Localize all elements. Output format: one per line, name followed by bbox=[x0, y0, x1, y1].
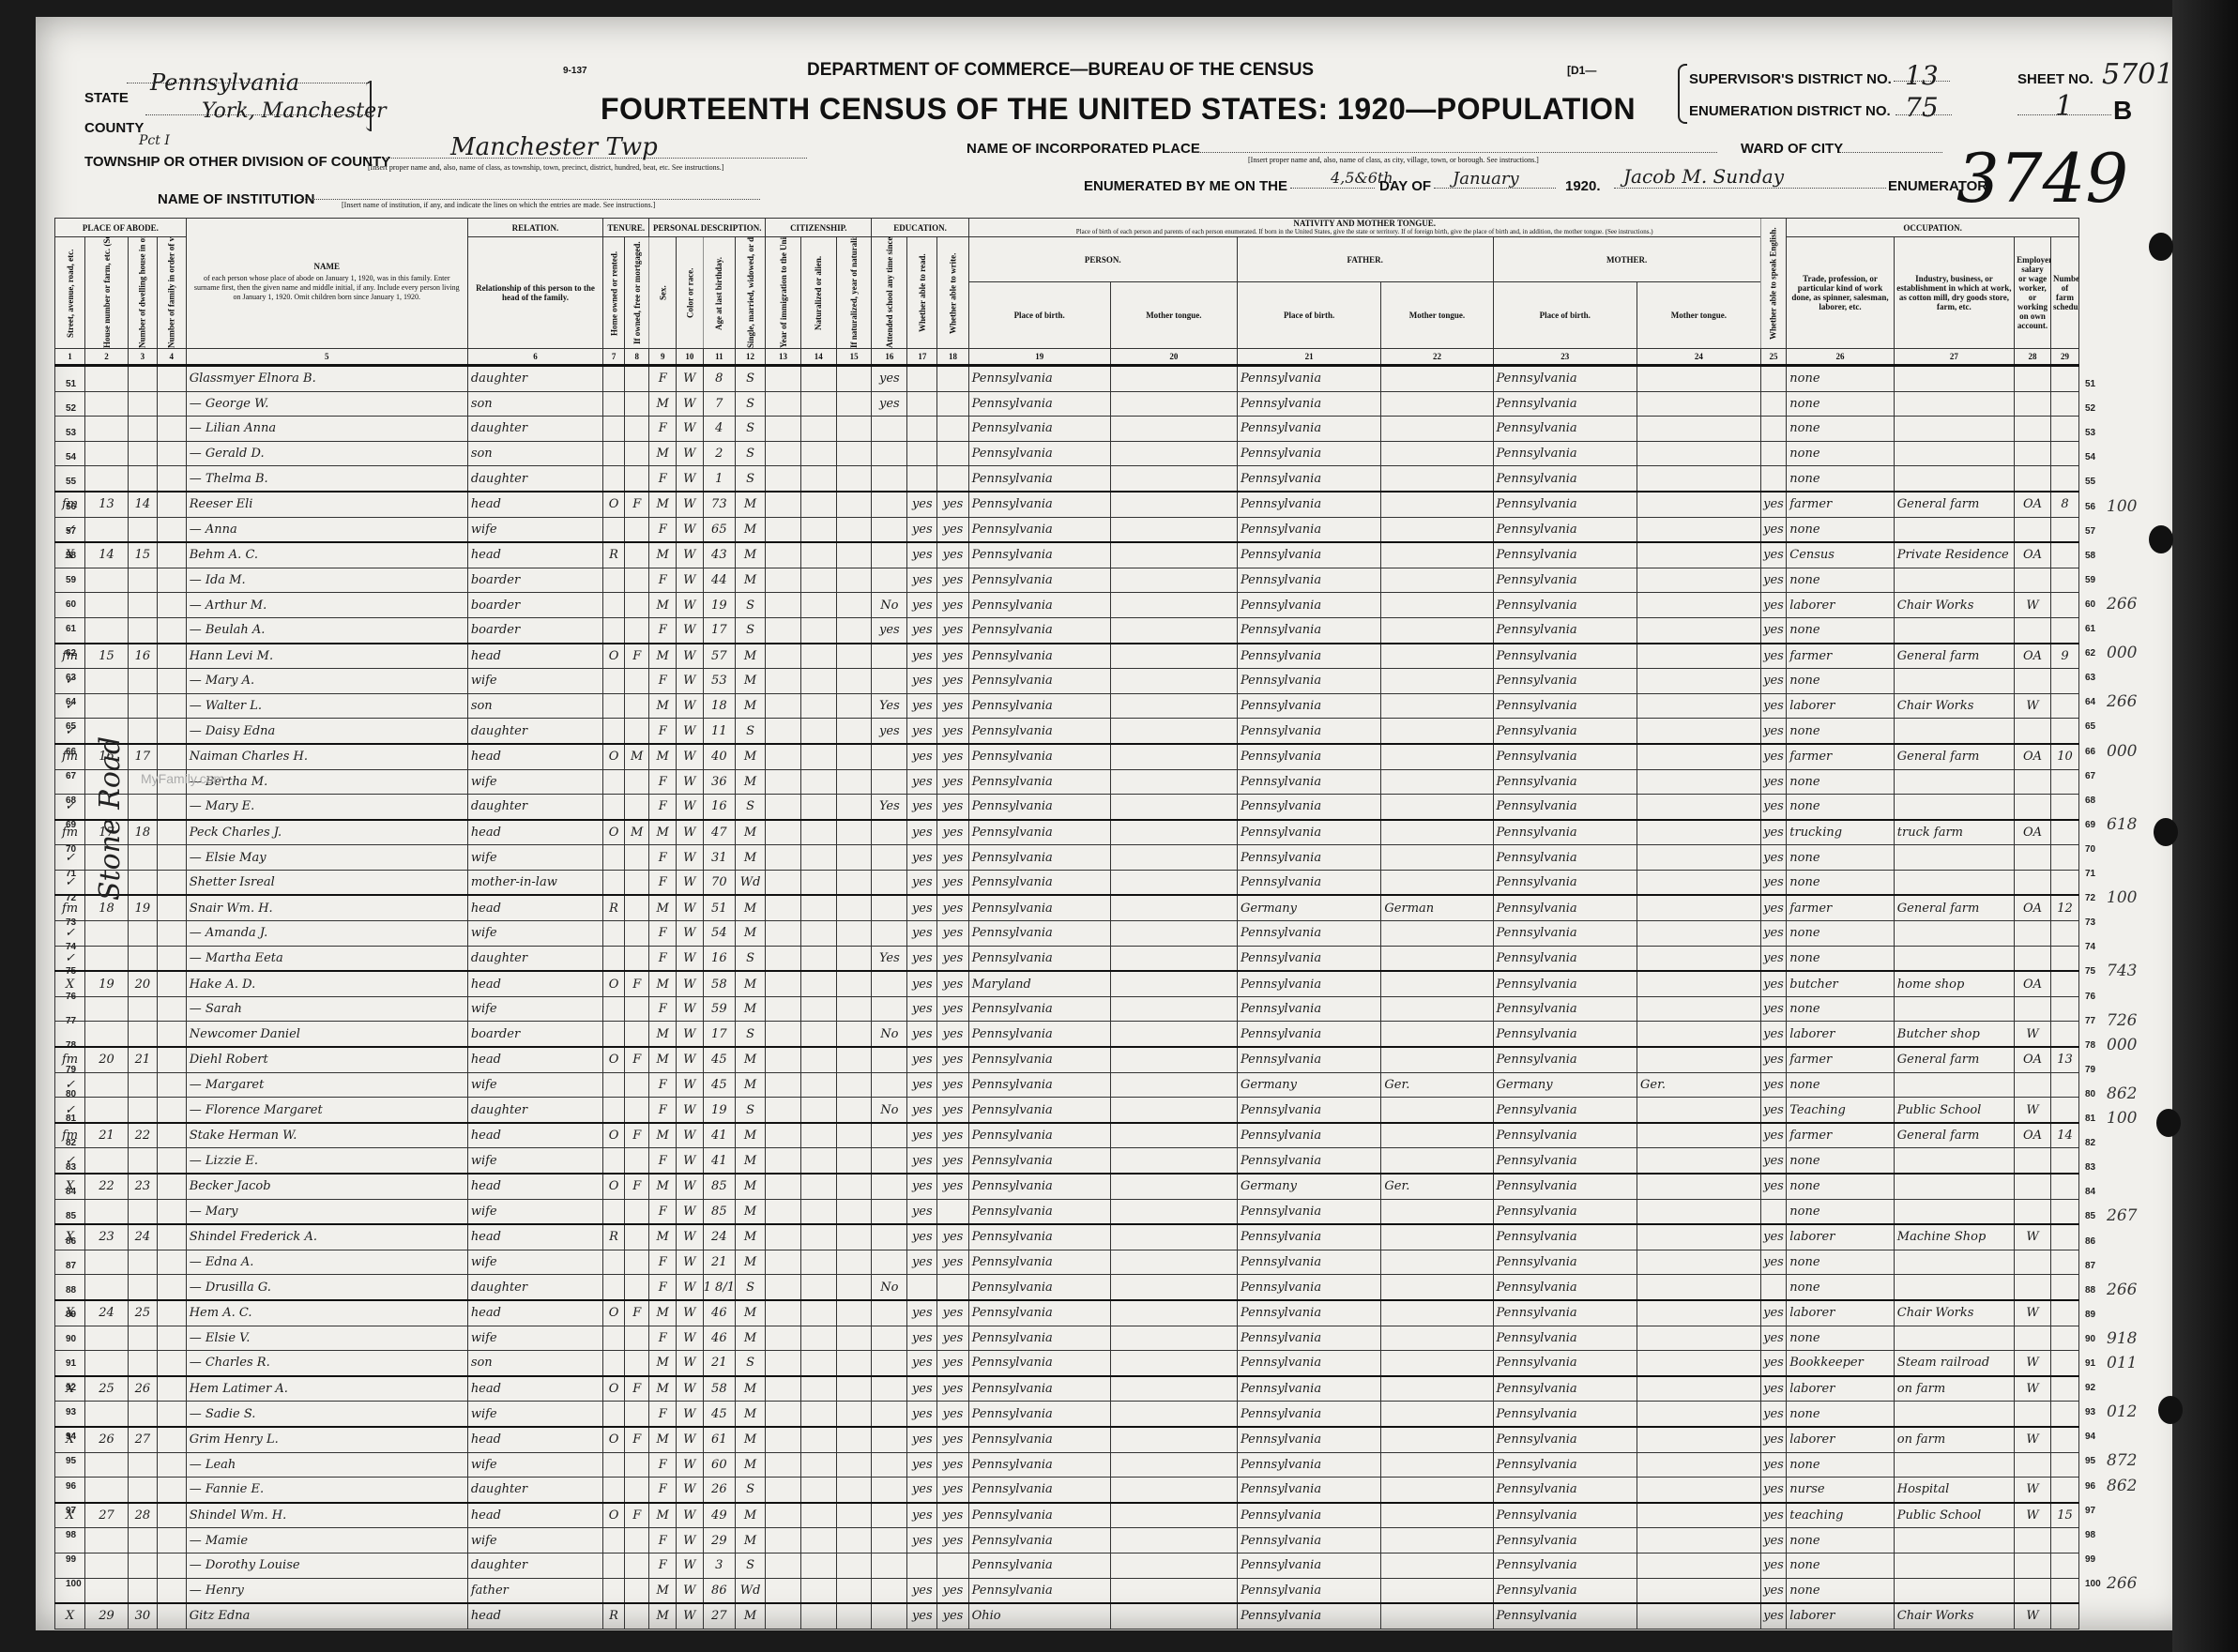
table-row: — Elsie V.wifeFW46MyesyesPennsylvaniaPen… bbox=[55, 1326, 2079, 1351]
cell-mort bbox=[625, 517, 649, 542]
cell-family bbox=[157, 1072, 186, 1098]
cell-industry bbox=[1894, 669, 2014, 694]
table-row: X2223Becker JacobheadOFMW85MyesyesPennsy… bbox=[55, 1174, 2079, 1199]
column-number-5: 5 bbox=[186, 349, 467, 366]
cell-read: yes bbox=[907, 795, 937, 820]
cell-race: W bbox=[677, 1326, 704, 1351]
cell-tongue bbox=[1110, 921, 1237, 947]
cell-industry bbox=[1894, 617, 2014, 643]
department-heading: DEPARTMENT OF COMMERCE—BUREAU OF THE CEN… bbox=[807, 60, 1314, 81]
cell-trade: none bbox=[1787, 769, 1895, 795]
cell-employ: W bbox=[2015, 1300, 2051, 1326]
cell-farm bbox=[2051, 1553, 2079, 1578]
cell-relation: wife bbox=[467, 517, 602, 542]
cell-birth: Pennsylvania bbox=[968, 845, 1110, 871]
cell-street bbox=[55, 1351, 85, 1376]
cell-mort bbox=[625, 1148, 649, 1174]
cell-sex: F bbox=[649, 1199, 677, 1224]
cell-relation: head bbox=[467, 1503, 602, 1528]
cell-street: ✓ bbox=[55, 669, 85, 694]
cell-industry bbox=[1894, 946, 2014, 971]
cell-industry bbox=[1894, 1250, 2014, 1275]
line-number: 79 bbox=[2085, 1065, 2095, 1075]
supervisor-district-value: 13 bbox=[1905, 60, 1939, 91]
cell-mort bbox=[625, 895, 649, 920]
cell-marital: M bbox=[736, 895, 766, 920]
cell-dwelling bbox=[128, 593, 157, 618]
cell-english: yes bbox=[1760, 1224, 1786, 1250]
cell-mort bbox=[625, 1275, 649, 1300]
cell-house: 23 bbox=[85, 1224, 129, 1250]
cell-marital: M bbox=[736, 921, 766, 947]
cell-employ: OA bbox=[2015, 1047, 2051, 1072]
cell-farm: 15 bbox=[2051, 1503, 2079, 1528]
cell-employ bbox=[2015, 719, 2051, 744]
cell-relation: wife bbox=[467, 769, 602, 795]
cell-dwelling: 27 bbox=[128, 1427, 157, 1452]
cell-marital: M bbox=[736, 542, 766, 568]
col-29-header: Number of farm schedule. bbox=[2051, 237, 2079, 349]
cell-house: 19 bbox=[85, 971, 129, 996]
township-value: Manchester Twp bbox=[450, 133, 658, 161]
table-row: X1415Behm A. C.headRMW43MyesyesPennsylva… bbox=[55, 542, 2079, 568]
township-note: Pct I bbox=[139, 133, 170, 148]
nativity-description: Place of birth of each person and parent… bbox=[969, 228, 1760, 236]
cell-nat bbox=[800, 669, 836, 694]
cell-employ: OA bbox=[2015, 644, 2051, 669]
cell-industry: Private Residence bbox=[1894, 542, 2014, 568]
cell-house bbox=[85, 568, 129, 593]
cell-family bbox=[157, 1199, 186, 1224]
cell-natyr bbox=[836, 1478, 872, 1503]
line-number: 81 bbox=[2085, 1114, 2095, 1124]
cell-farm bbox=[2051, 391, 2079, 417]
cell-street: ✓ bbox=[55, 795, 85, 820]
cell-ftongue bbox=[1381, 946, 1493, 971]
cell-farm bbox=[2051, 1578, 2079, 1603]
cell-english: yes bbox=[1760, 996, 1786, 1022]
cell-mtongue bbox=[1637, 669, 1760, 694]
cell-fbirth: Pennsylvania bbox=[1237, 769, 1380, 795]
supervisor-district-label: SUPERVISOR'S DISTRICT NO. bbox=[1689, 71, 1892, 87]
cell-mtongue bbox=[1637, 1402, 1760, 1427]
cell-employ: W bbox=[2015, 1603, 2051, 1629]
cell-farm bbox=[2051, 996, 2079, 1022]
cell-tongue bbox=[1110, 1351, 1237, 1376]
cell-relation: boarder bbox=[467, 568, 602, 593]
column-number-8: 8 bbox=[625, 349, 649, 366]
cell-english: yes bbox=[1760, 1603, 1786, 1629]
cell-read: yes bbox=[907, 870, 937, 895]
cell-street bbox=[55, 366, 85, 392]
cell-read: yes bbox=[907, 1123, 937, 1148]
cell-mbirth: Pennsylvania bbox=[1493, 1578, 1637, 1603]
cell-read: yes bbox=[907, 820, 937, 845]
cell-street: ✓ bbox=[55, 1148, 85, 1174]
cell-house: 26 bbox=[85, 1427, 129, 1452]
cell-dwelling bbox=[128, 1351, 157, 1376]
cell-trade: laborer bbox=[1787, 1603, 1895, 1629]
occupation-code: 000 bbox=[2107, 1036, 2137, 1054]
cell-tongue bbox=[1110, 1174, 1237, 1199]
cell-street: fm bbox=[55, 1047, 85, 1072]
cell-age: 41 bbox=[703, 1123, 735, 1148]
line-number: 70 bbox=[2085, 844, 2095, 855]
cell-tongue bbox=[1110, 644, 1237, 669]
cell-nat bbox=[800, 517, 836, 542]
cell-name: — Anna bbox=[186, 517, 467, 542]
cell-ftongue bbox=[1381, 466, 1493, 492]
cell-marital: S bbox=[736, 391, 766, 417]
cell-english: yes bbox=[1760, 1022, 1786, 1047]
cell-tongue bbox=[1110, 845, 1237, 871]
line-number: 91 bbox=[2085, 1358, 2095, 1369]
cell-street: fm bbox=[55, 492, 85, 517]
cell-house bbox=[85, 1402, 129, 1427]
cell-write bbox=[937, 441, 968, 466]
cell-farm bbox=[2051, 769, 2079, 795]
incorporated-place-label: NAME OF INCORPORATED PLACE bbox=[967, 141, 1200, 157]
cell-employ bbox=[2015, 769, 2051, 795]
cell-relation: wife bbox=[467, 921, 602, 947]
column-number-12: 12 bbox=[736, 349, 766, 366]
cell-age: 54 bbox=[703, 921, 735, 947]
cell-school bbox=[872, 466, 907, 492]
cell-english: yes bbox=[1760, 1047, 1786, 1072]
cell-race: W bbox=[677, 1376, 704, 1402]
cell-farm bbox=[2051, 1351, 2079, 1376]
cell-imm bbox=[766, 1250, 801, 1275]
cell-imm bbox=[766, 568, 801, 593]
cell-nat bbox=[800, 568, 836, 593]
cell-farm bbox=[2051, 1300, 2079, 1326]
col-23-header: Place of birth. bbox=[1493, 282, 1637, 349]
cell-tongue bbox=[1110, 870, 1237, 895]
cell-marital: M bbox=[736, 644, 766, 669]
cell-house bbox=[85, 1275, 129, 1300]
cell-relation: daughter bbox=[467, 1553, 602, 1578]
cell-race: W bbox=[677, 795, 704, 820]
table-row: — Dorothy LouisedaughterFW3SPennsylvania… bbox=[55, 1553, 2079, 1578]
cell-marital: S bbox=[736, 719, 766, 744]
cell-name: Shetter Isreal bbox=[186, 870, 467, 895]
cell-nat bbox=[800, 1098, 836, 1123]
cell-read: yes bbox=[907, 1376, 937, 1402]
cell-tongue bbox=[1110, 1427, 1237, 1452]
cell-marital: S bbox=[736, 795, 766, 820]
cell-farm bbox=[2051, 669, 2079, 694]
cell-write bbox=[937, 466, 968, 492]
cell-family bbox=[157, 1224, 186, 1250]
col-7-header: Home owned or rented. bbox=[603, 237, 625, 349]
line-number: 52 bbox=[2085, 403, 2095, 414]
cell-employ bbox=[2015, 1452, 2051, 1478]
cell-employ bbox=[2015, 1072, 2051, 1098]
cell-nat bbox=[800, 971, 836, 996]
table-row: ✓— AnnawifeFW65MyesyesPennsylvaniaPennsy… bbox=[55, 517, 2079, 542]
cell-tongue bbox=[1110, 946, 1237, 971]
cell-employ bbox=[2015, 517, 2051, 542]
cell-nat bbox=[800, 441, 836, 466]
column-number-11: 11 bbox=[703, 349, 735, 366]
cell-street bbox=[55, 1578, 85, 1603]
cell-trade: none bbox=[1787, 1250, 1895, 1275]
cell-fbirth: Pennsylvania bbox=[1237, 1351, 1380, 1376]
cell-house: 13 bbox=[85, 492, 129, 517]
cell-fbirth: Pennsylvania bbox=[1237, 1148, 1380, 1174]
cell-relation: wife bbox=[467, 1402, 602, 1427]
col-27-header: Industry, business, or establishment in … bbox=[1894, 237, 2014, 349]
cell-read: yes bbox=[907, 1326, 937, 1351]
cell-mbirth: Pennsylvania bbox=[1493, 1047, 1637, 1072]
cell-birth: Pennsylvania bbox=[968, 568, 1110, 593]
cell-nat bbox=[800, 1578, 836, 1603]
table-row: — Arthur M.boarderMW19SNoyesyesPennsylva… bbox=[55, 593, 2079, 618]
table-row: ✓— Elsie MaywifeFW31MyesyesPennsylvaniaP… bbox=[55, 845, 2079, 871]
cell-house bbox=[85, 1326, 129, 1351]
cell-fbirth: Pennsylvania bbox=[1237, 1376, 1380, 1402]
cell-relation: head bbox=[467, 1427, 602, 1452]
cell-nat bbox=[800, 542, 836, 568]
cell-mort bbox=[625, 845, 649, 871]
cell-age: 17 bbox=[703, 617, 735, 643]
cell-trade: none bbox=[1787, 1275, 1895, 1300]
cell-imm bbox=[766, 492, 801, 517]
table-row: — George W.sonMW7SyesPennsylvaniaPennsyl… bbox=[55, 391, 2079, 417]
cell-sex: M bbox=[649, 1174, 677, 1199]
cell-imm bbox=[766, 441, 801, 466]
cell-employ bbox=[2015, 568, 2051, 593]
cell-english: yes bbox=[1760, 820, 1786, 845]
cell-family bbox=[157, 366, 186, 392]
cell-birth: Pennsylvania bbox=[968, 1224, 1110, 1250]
cell-dwelling bbox=[128, 466, 157, 492]
cell-industry bbox=[1894, 1402, 2014, 1427]
cell-marital: S bbox=[736, 593, 766, 618]
cell-ftongue bbox=[1381, 795, 1493, 820]
cell-name: Naiman Charles H. bbox=[186, 744, 467, 769]
cell-fbirth: Pennsylvania bbox=[1237, 1047, 1380, 1072]
cell-farm bbox=[2051, 971, 2079, 996]
cell-birth: Pennsylvania bbox=[968, 1199, 1110, 1224]
cell-own bbox=[603, 617, 625, 643]
cell-imm bbox=[766, 1300, 801, 1326]
cell-nat bbox=[800, 1224, 836, 1250]
cell-industry bbox=[1894, 417, 2014, 442]
cell-trade: butcher bbox=[1787, 971, 1895, 996]
cell-birth: Pennsylvania bbox=[968, 593, 1110, 618]
cell-write: yes bbox=[937, 517, 968, 542]
cell-sex: F bbox=[649, 1326, 677, 1351]
cell-family bbox=[157, 644, 186, 669]
cell-employ bbox=[2015, 1553, 2051, 1578]
cell-own bbox=[603, 870, 625, 895]
cell-sex: F bbox=[649, 996, 677, 1022]
enumerated-label: ENUMERATED BY ME ON THE bbox=[1084, 178, 1287, 194]
cell-name: — Mary A. bbox=[186, 669, 467, 694]
cell-natyr bbox=[836, 1250, 872, 1275]
cell-ftongue bbox=[1381, 769, 1493, 795]
punch-hole bbox=[2149, 233, 2173, 261]
cell-english: yes bbox=[1760, 845, 1786, 871]
cell-farm bbox=[2051, 1376, 2079, 1402]
cell-age: 24 bbox=[703, 1224, 735, 1250]
table-row: X2425Hem A. C.headOFMW46MyesyesPennsylva… bbox=[55, 1300, 2079, 1326]
cell-write: yes bbox=[937, 1402, 968, 1427]
cell-imm bbox=[766, 1553, 801, 1578]
cell-street bbox=[55, 1528, 85, 1553]
cell-imm bbox=[766, 1199, 801, 1224]
cell-mort bbox=[625, 946, 649, 971]
line-number: 72 bbox=[2085, 893, 2095, 903]
cell-mbirth: Pennsylvania bbox=[1493, 1148, 1637, 1174]
col-16-header: Attended school any time since Sept. 1, … bbox=[872, 237, 907, 349]
cell-mort bbox=[625, 542, 649, 568]
occupation-code: 100 bbox=[2107, 497, 2137, 516]
table-row: — LeahwifeFW60MyesyesPennsylvaniaPennsyl… bbox=[55, 1452, 2079, 1478]
cell-english: yes bbox=[1760, 669, 1786, 694]
cell-race: W bbox=[677, 744, 704, 769]
cell-dwelling bbox=[128, 1199, 157, 1224]
cell-house bbox=[85, 1199, 129, 1224]
cell-english bbox=[1760, 391, 1786, 417]
cell-tongue bbox=[1110, 517, 1237, 542]
cell-english: yes bbox=[1760, 719, 1786, 744]
cell-nat bbox=[800, 617, 836, 643]
cell-imm bbox=[766, 1351, 801, 1376]
cell-own: O bbox=[603, 1427, 625, 1452]
cell-english bbox=[1760, 466, 1786, 492]
cell-school: Yes bbox=[872, 693, 907, 719]
cell-street: ✓ bbox=[55, 870, 85, 895]
occupation-code: 743 bbox=[2107, 962, 2137, 980]
cell-street bbox=[55, 617, 85, 643]
cell-dwelling bbox=[128, 517, 157, 542]
cell-write: yes bbox=[937, 1528, 968, 1553]
cell-own bbox=[603, 845, 625, 871]
cell-tongue bbox=[1110, 1402, 1237, 1427]
cell-birth: Pennsylvania bbox=[968, 1174, 1110, 1199]
cell-mort bbox=[625, 719, 649, 744]
cell-house bbox=[85, 617, 129, 643]
cell-marital: S bbox=[736, 1098, 766, 1123]
cell-race: W bbox=[677, 971, 704, 996]
cell-natyr bbox=[836, 517, 872, 542]
cell-family bbox=[157, 1123, 186, 1148]
cell-family bbox=[157, 719, 186, 744]
cell-imm bbox=[766, 946, 801, 971]
cell-mtongue bbox=[1637, 644, 1760, 669]
cell-nat bbox=[800, 996, 836, 1022]
enumeration-district-value: 75 bbox=[1905, 92, 1939, 123]
cell-family bbox=[157, 996, 186, 1022]
line-number: 73 bbox=[2085, 917, 2095, 928]
cell-read: yes bbox=[907, 769, 937, 795]
cell-dwelling: 28 bbox=[128, 1503, 157, 1528]
line-number: 90 bbox=[2085, 1334, 2095, 1344]
cell-race: W bbox=[677, 1427, 704, 1452]
cell-name: — Leah bbox=[186, 1452, 467, 1478]
cell-employ bbox=[2015, 1402, 2051, 1427]
line-number: 64 bbox=[2085, 697, 2095, 707]
cell-tongue bbox=[1110, 1578, 1237, 1603]
cell-tongue bbox=[1110, 1275, 1237, 1300]
cell-race: W bbox=[677, 895, 704, 920]
cell-fbirth: Pennsylvania bbox=[1237, 1603, 1380, 1629]
col-21-header: Place of birth. bbox=[1237, 282, 1380, 349]
cell-trade: none bbox=[1787, 617, 1895, 643]
cell-dwelling bbox=[128, 946, 157, 971]
cell-relation: boarder bbox=[467, 1022, 602, 1047]
cell-family bbox=[157, 1402, 186, 1427]
cell-mbirth: Pennsylvania bbox=[1493, 1275, 1637, 1300]
cell-ftongue bbox=[1381, 1275, 1493, 1300]
cell-family bbox=[157, 1427, 186, 1452]
cell-mort: M bbox=[625, 744, 649, 769]
cell-english: yes bbox=[1760, 492, 1786, 517]
cell-imm bbox=[766, 845, 801, 871]
cell-natyr bbox=[836, 391, 872, 417]
cell-imm bbox=[766, 466, 801, 492]
enumeration-district-label: ENUMERATION DISTRICT NO. bbox=[1689, 103, 1891, 119]
line-number: 51 bbox=[2085, 379, 2095, 389]
cell-natyr bbox=[836, 1578, 872, 1603]
col-1-header: Street, avenue, road, etc. bbox=[55, 237, 85, 349]
cell-natyr bbox=[836, 1148, 872, 1174]
cell-family bbox=[157, 870, 186, 895]
cell-trade: none bbox=[1787, 719, 1895, 744]
cell-mbirth: Pennsylvania bbox=[1493, 769, 1637, 795]
cell-farm bbox=[2051, 1326, 2079, 1351]
cell-dwelling: 26 bbox=[128, 1376, 157, 1402]
cell-name: Stake Herman W. bbox=[186, 1123, 467, 1148]
cell-imm bbox=[766, 971, 801, 996]
cell-write: yes bbox=[937, 845, 968, 871]
cell-race: W bbox=[677, 617, 704, 643]
cell-age: 51 bbox=[703, 895, 735, 920]
table-row: ✓— Lizzie E.wifeFW41MyesyesPennsylvaniaP… bbox=[55, 1148, 2079, 1174]
cell-street bbox=[55, 1478, 85, 1503]
col-4-header: Number of family in order of visitation. bbox=[157, 237, 186, 349]
cell-tongue bbox=[1110, 769, 1237, 795]
cell-relation: daughter bbox=[467, 1275, 602, 1300]
cell-industry: Public School bbox=[1894, 1098, 2014, 1123]
cell-imm bbox=[766, 593, 801, 618]
cell-mort bbox=[625, 1603, 649, 1629]
cell-ftongue bbox=[1381, 1351, 1493, 1376]
cell-industry: home shop bbox=[1894, 971, 2014, 996]
cell-nat bbox=[800, 946, 836, 971]
cell-age: 7 bbox=[703, 391, 735, 417]
cell-natyr bbox=[836, 492, 872, 517]
cell-own: O bbox=[603, 644, 625, 669]
cell-imm bbox=[766, 769, 801, 795]
cell-employ bbox=[2015, 441, 2051, 466]
cell-read bbox=[907, 417, 937, 442]
cell-imm bbox=[766, 1098, 801, 1123]
cell-mtongue bbox=[1637, 617, 1760, 643]
cell-house: 24 bbox=[85, 1300, 129, 1326]
cell-race: W bbox=[677, 1275, 704, 1300]
cell-relation: father bbox=[467, 1578, 602, 1603]
cell-marital: M bbox=[736, 492, 766, 517]
cell-employ: W bbox=[2015, 1351, 2051, 1376]
cell-ftongue bbox=[1381, 921, 1493, 947]
cell-english: yes bbox=[1760, 1452, 1786, 1478]
cell-industry: General farm bbox=[1894, 644, 2014, 669]
cell-trade: none bbox=[1787, 1199, 1895, 1224]
cell-age: 65 bbox=[703, 517, 735, 542]
